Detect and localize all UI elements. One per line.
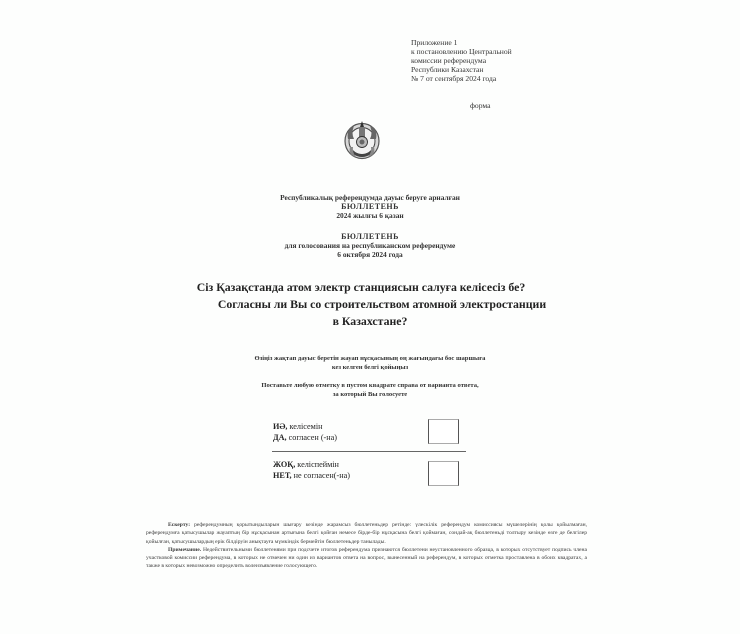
header-kz-title: БЮЛЛЕТЕНЬ [0,202,740,211]
referendum-question: Сіз Қазақстанда атом электр станциясын с… [0,279,740,330]
option-no-kz-rest: келіспеймін [295,460,339,469]
option-yes-kz-strong: ИӘ, [273,422,287,431]
option-no-ru-strong: НЕТ, [273,471,292,480]
question-ru-line1: Согласны ли Вы со строительством атомной… [24,296,740,313]
ballot-header-ru: БЮЛЛЕТЕНЬ для голосования на республикан… [0,232,740,260]
option-no-kz-strong: ЖОҚ, [273,460,295,469]
appendix-line: Приложение 1 [411,38,512,47]
header-kz-line: Республикалық референдумда дауыс беруге … [0,193,740,202]
option-no-checkbox[interactable] [428,461,459,486]
option-no-label: ЖОҚ, келіспеймін НЕТ, не согласен(-на) [273,459,350,481]
option-yes-checkbox[interactable] [428,419,459,444]
footnote: Ескерту: референдумның қорытындыларын шы… [146,521,587,571]
instruction-ru-line2: за который Вы голосуете [0,390,740,399]
state-emblem-icon [344,117,380,167]
footnote-ru-text: Недействительными бюллетенями при подсче… [146,547,587,570]
instruction-ru-line1: Поставьте любую отметку в пустом квадрат… [0,381,740,390]
appendix-line: № 7 от сентября 2024 года [411,74,512,83]
instruction-kz-line2: кез келген белгі қойыңыз [0,363,740,372]
option-yes-kz-rest: келісемін [287,422,322,431]
option-no-ru-rest: не согласен(-на) [292,471,350,480]
header-ru-date: 6 октября 2024 года [0,250,740,259]
footnote-kz-text: референдумның қорытындыларын шығару кезі… [146,522,587,545]
footnote-ru-lead: Примечание. [168,547,201,553]
ballot-header-kz: Республикалық референдумда дауыс беруге … [0,193,740,221]
footnote-kz: Ескерту: референдумның қорытындыларын шы… [146,521,587,546]
question-ru-line2: в Казахстане? [0,313,740,330]
ballot-page: Приложение 1 к постановлению Центральной… [0,0,740,634]
appendix-line: Республики Казахстан [411,65,512,74]
appendix-line: к постановлению Центральной [411,47,512,56]
header-ru-line: для голосования на республиканском рефер… [0,241,740,250]
footnote-ru: Примечание. Недействительными бюллетеням… [146,546,587,571]
question-kz: Сіз Қазақстанда атом электр станциясын с… [0,279,740,296]
option-yes-ru-strong: ДА, [273,433,287,442]
instruction-kz-line1: Өзіңіз жақтап дауыс беретін жауап нұсқас… [0,354,740,363]
header-kz-date: 2024 жылғы 6 қазан [0,211,740,220]
appendix-note: Приложение 1 к постановлению Центральной… [411,38,512,83]
voting-instructions: Өзіңіз жақтап дауыс беретін жауап нұсқас… [0,354,740,400]
appendix-line: комиссии референдума [411,56,512,65]
options-divider [272,451,466,452]
option-yes-ru-rest: согласен (-на) [287,433,337,442]
footnote-kz-lead: Ескерту: [168,522,190,528]
header-ru-title: БЮЛЛЕТЕНЬ [0,232,740,241]
form-label: форма [470,101,491,110]
option-yes-label: ИӘ, келісемін ДА, согласен (-на) [273,421,337,443]
